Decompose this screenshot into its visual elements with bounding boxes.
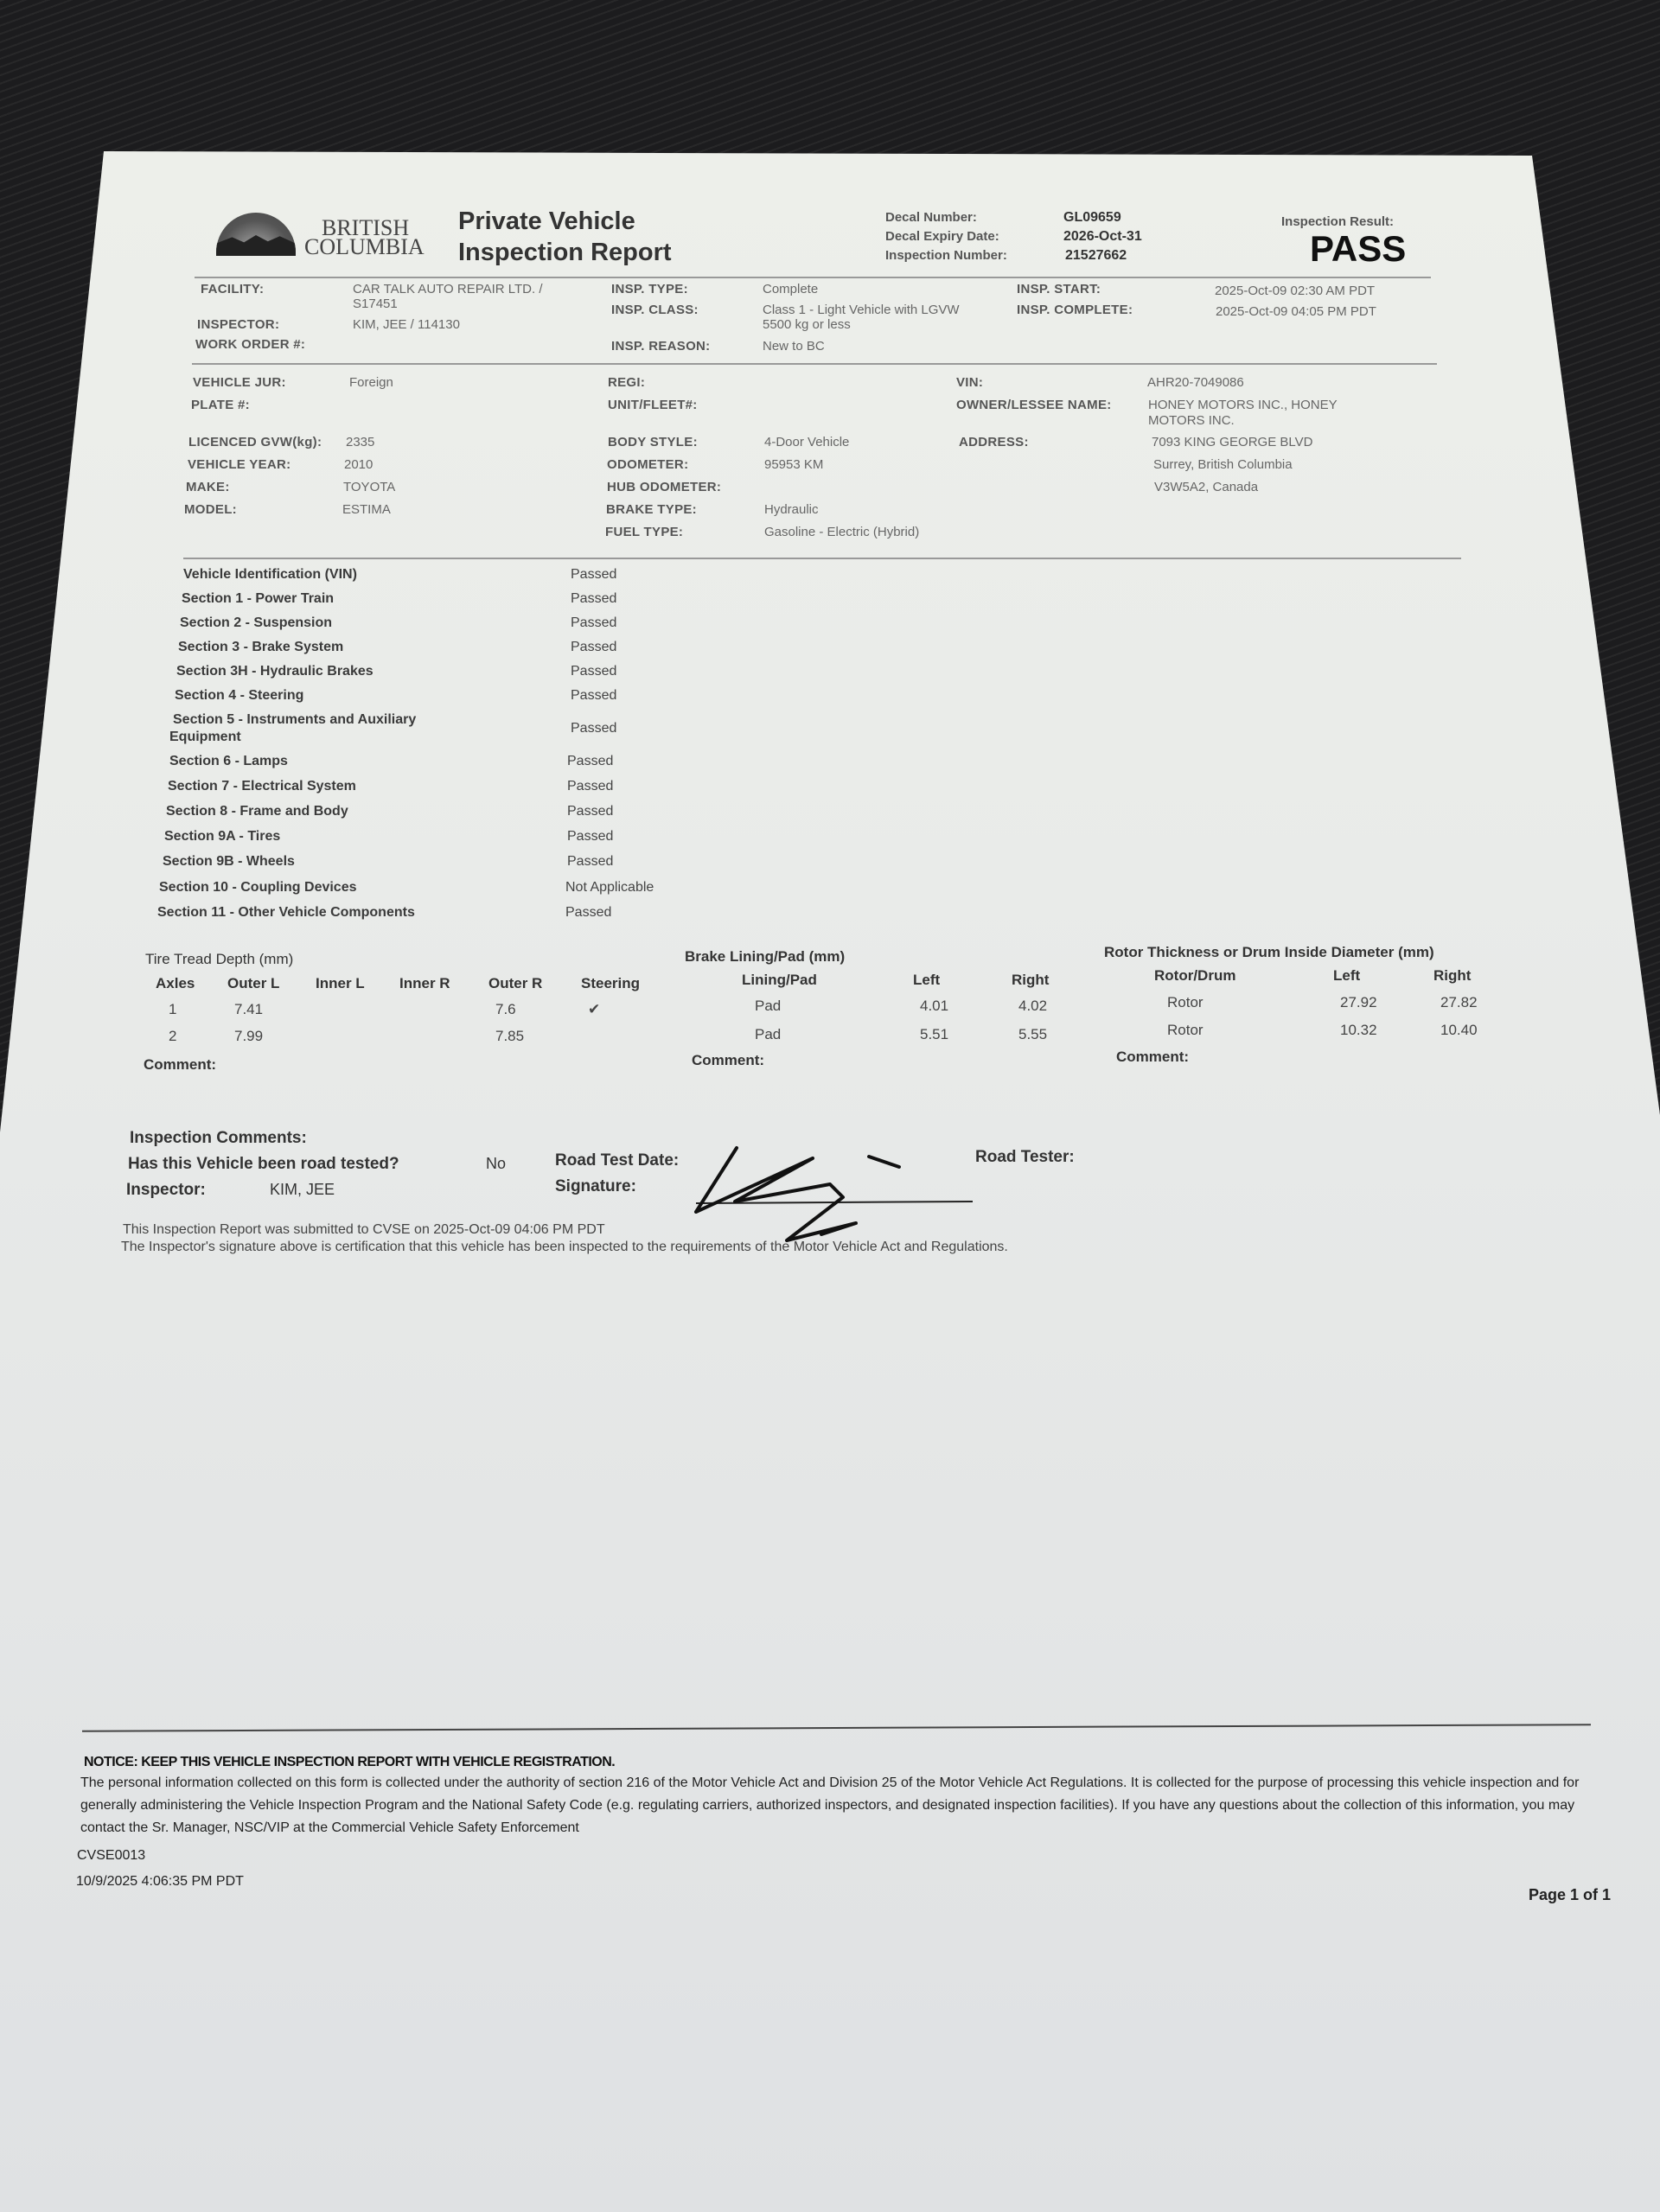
owner-value-2: MOTORS INC. xyxy=(1148,413,1235,428)
model-value: ESTIMA xyxy=(342,502,391,517)
insp-complete-label: INSP. COMPLETE: xyxy=(1017,303,1133,317)
section-name: Section 6 - Lamps xyxy=(169,754,288,769)
facility-value: CAR TALK AUTO REPAIR LTD. / xyxy=(353,282,543,296)
year-value: 2010 xyxy=(344,457,373,472)
submitted-note: This Inspection Report was submitted to … xyxy=(123,1222,605,1238)
inspection-number-label: Inspection Number: xyxy=(885,248,1007,263)
vin-value: AHR20-7049086 xyxy=(1147,375,1244,390)
tire-cell: 2 xyxy=(169,1028,176,1045)
gvw-value: 2335 xyxy=(346,435,374,449)
inspection-comments-label: Inspection Comments: xyxy=(130,1129,307,1148)
section-status: Passed xyxy=(571,721,616,736)
vehicle-jur-label: VEHICLE JUR: xyxy=(193,375,286,390)
column-header: Left xyxy=(913,972,940,989)
column-header: Inner R xyxy=(399,975,450,992)
insp-reason-label: INSP. REASON: xyxy=(611,339,710,354)
brake-pad-title: Brake Lining/Pad (mm) xyxy=(685,948,845,966)
pad-cell: 5.55 xyxy=(1018,1026,1047,1043)
section-name: Vehicle Identification (VIN) xyxy=(183,567,357,583)
column-header: Inner L xyxy=(316,975,365,992)
odometer-value: 95953 KM xyxy=(764,457,823,472)
report-title-line-2: Inspection Report xyxy=(458,237,672,268)
rotor-cell: 10.32 xyxy=(1340,1022,1377,1039)
divider xyxy=(183,558,1461,559)
inspector-value: KIM, JEE / 114130 xyxy=(353,317,460,332)
unit-fleet-label: UNIT/FLEET#: xyxy=(608,398,698,412)
column-header: Lining/Pad xyxy=(742,972,817,989)
section-status: Passed xyxy=(567,854,613,870)
section-name: Section 10 - Coupling Devices xyxy=(159,880,357,896)
decal-expiry-label: Decal Expiry Date: xyxy=(885,229,999,244)
model-label: MODEL: xyxy=(184,502,237,517)
facility-label: FACILITY: xyxy=(201,282,264,296)
insp-type-value: Complete xyxy=(763,282,818,296)
brake-comment-label: Comment: xyxy=(692,1052,764,1069)
pad-cell: Pad xyxy=(755,998,781,1015)
address-label: ADDRESS: xyxy=(959,435,1029,449)
hub-odometer-label: HUB ODOMETER: xyxy=(607,480,721,494)
address-line-1: 7093 KING GEORGE BLVD xyxy=(1152,435,1312,449)
decal-number-label: Decal Number: xyxy=(885,210,977,225)
gvw-label: LICENCED GVW(kg): xyxy=(188,435,322,449)
column-header: Outer R xyxy=(488,975,542,992)
logo-line-2: COLUMBIA xyxy=(304,237,425,258)
report-title-line-1: Private Vehicle xyxy=(458,206,635,237)
insp-class-label: INSP. CLASS: xyxy=(611,303,699,317)
section-status: Passed xyxy=(571,591,616,607)
section-status: Not Applicable xyxy=(565,880,654,896)
tire-cell: 7.99 xyxy=(234,1028,263,1045)
fuel-type-value: Gasoline - Electric (Hybrid) xyxy=(764,525,919,539)
road-tested-value: No xyxy=(486,1155,506,1173)
decal-expiry: 2026-Oct-31 xyxy=(1063,229,1142,245)
section-name: Section 9B - Wheels xyxy=(163,854,295,870)
notice-heading: NOTICE: KEEP THIS VEHICLE INSPECTION REP… xyxy=(84,1755,615,1770)
section-name: Section 1 - Power Train xyxy=(182,591,334,607)
brake-type-value: Hydraulic xyxy=(764,502,819,517)
column-header: Rotor/Drum xyxy=(1154,967,1235,985)
section-name: Section 3H - Hydraulic Brakes xyxy=(176,664,373,679)
divider xyxy=(195,277,1431,278)
section-name: Section 4 - Steering xyxy=(175,688,303,704)
section-name: Section 3 - Brake System xyxy=(178,640,343,655)
rotor-cell: Rotor xyxy=(1167,1022,1203,1039)
section-name: Section 8 - Frame and Body xyxy=(166,804,348,819)
tire-cell: ✔ xyxy=(588,1001,600,1018)
column-header: Left xyxy=(1333,967,1360,985)
column-header: Outer L xyxy=(227,975,279,992)
tire-cell: 7.41 xyxy=(234,1001,263,1018)
tire-cell: 7.6 xyxy=(495,1001,516,1018)
result-pass: PASS xyxy=(1310,228,1406,270)
make-value: TOYOTA xyxy=(343,480,395,494)
insp-start-value: 2025-Oct-09 02:30 AM PDT xyxy=(1215,284,1375,298)
odometer-label: ODOMETER: xyxy=(607,457,688,472)
section-name-cont: Equipment xyxy=(169,730,241,745)
insp-reason-value: New to BC xyxy=(763,339,825,354)
section-name: Section 7 - Electrical System xyxy=(168,779,356,794)
section-name: Section 5 - Instruments and Auxiliary xyxy=(173,712,416,728)
insp-type-label: INSP. TYPE: xyxy=(611,282,688,296)
column-header: Right xyxy=(1433,967,1471,985)
section-status: Passed xyxy=(567,779,613,794)
body-style-label: BODY STYLE: xyxy=(608,435,698,449)
owner-value: HONEY MOTORS INC., HONEY xyxy=(1148,398,1338,412)
result-label: Inspection Result: xyxy=(1281,214,1394,229)
inspector-signoff-value: KIM, JEE xyxy=(270,1181,335,1199)
insp-class-value: Class 1 - Light Vehicle with LGVW xyxy=(763,303,960,317)
rotor-cell: 10.40 xyxy=(1440,1022,1478,1039)
tire-cell: 1 xyxy=(169,1001,176,1018)
certification-note: The Inspector's signature above is certi… xyxy=(121,1240,1008,1255)
section-name: Section 2 - Suspension xyxy=(180,615,332,631)
tire-cell: 7.85 xyxy=(495,1028,524,1045)
inspector-label: INSPECTOR: xyxy=(197,317,279,332)
section-status: Passed xyxy=(571,640,616,655)
road-tested-label: Has this Vehicle been road tested? xyxy=(128,1155,399,1174)
body-style-value: 4-Door Vehicle xyxy=(764,435,849,449)
rotor-cell: 27.92 xyxy=(1340,994,1377,1011)
tire-comment-label: Comment: xyxy=(144,1056,216,1074)
print-timestamp: 10/9/2025 4:06:35 PM PDT xyxy=(76,1874,244,1890)
road-test-date-label: Road Test Date: xyxy=(555,1151,679,1170)
rotor-title: Rotor Thickness or Drum Inside Diameter … xyxy=(1104,944,1434,961)
inspection-number: 21527662 xyxy=(1065,248,1127,264)
pad-cell: 4.01 xyxy=(920,998,948,1015)
vehicle-jur-value: Foreign xyxy=(349,375,393,390)
section-status: Passed xyxy=(571,615,616,631)
insp-complete-value: 2025-Oct-09 04:05 PM PDT xyxy=(1216,304,1376,319)
rotor-comment-label: Comment: xyxy=(1116,1049,1189,1066)
column-header: Steering xyxy=(581,975,640,992)
section-status: Passed xyxy=(567,829,613,845)
vin-label: VIN: xyxy=(956,375,983,390)
column-header: Axles xyxy=(156,975,195,992)
year-label: VEHICLE YEAR: xyxy=(188,457,290,472)
section-status: Passed xyxy=(565,905,611,921)
work-order-label: WORK ORDER #: xyxy=(195,337,305,352)
address-line-2: Surrey, British Columbia xyxy=(1153,457,1293,472)
regi-label: REGI: xyxy=(608,375,645,390)
pad-cell: 5.51 xyxy=(920,1026,948,1043)
fuel-type-label: FUEL TYPE: xyxy=(605,525,683,539)
plate-label: PLATE #: xyxy=(191,398,250,412)
footer-divider xyxy=(82,1724,1591,1732)
make-label: MAKE: xyxy=(186,480,230,494)
owner-label: OWNER/LESSEE NAME: xyxy=(956,398,1112,412)
section-name: Section 9A - Tires xyxy=(164,829,280,845)
page-number: Page 1 of 1 xyxy=(1529,1886,1611,1904)
column-header: Right xyxy=(1012,972,1049,989)
road-tester-label: Road Tester: xyxy=(975,1148,1075,1167)
sun-mountain-icon xyxy=(216,213,296,256)
divider xyxy=(192,363,1437,365)
privacy-notice: The personal information collected on th… xyxy=(80,1772,1602,1839)
insp-start-label: INSP. START: xyxy=(1017,282,1101,296)
section-status: Passed xyxy=(571,567,616,583)
address-line-3: V3W5A2, Canada xyxy=(1154,480,1258,494)
insp-class-value-2: 5500 kg or less xyxy=(763,317,851,332)
section-status: Passed xyxy=(567,754,613,769)
section-status: Passed xyxy=(571,688,616,704)
inspector-signoff-label: Inspector: xyxy=(126,1181,206,1200)
rotor-cell: Rotor xyxy=(1167,994,1203,1011)
pad-cell: 4.02 xyxy=(1018,998,1047,1015)
facility-id: S17451 xyxy=(353,296,398,311)
signature-label: Signature: xyxy=(555,1177,636,1196)
pad-cell: Pad xyxy=(755,1026,781,1043)
rotor-cell: 27.82 xyxy=(1440,994,1478,1011)
form-code: CVSE0013 xyxy=(77,1848,145,1864)
inspector-signature xyxy=(683,1141,986,1253)
brake-type-label: BRAKE TYPE: xyxy=(606,502,697,517)
section-status: Passed xyxy=(567,804,613,819)
section-status: Passed xyxy=(571,664,616,679)
section-name: Section 11 - Other Vehicle Components xyxy=(157,905,415,921)
inspection-report-page: BRITISH COLUMBIA Private Vehicle Inspect… xyxy=(0,0,1660,2212)
decal-number: GL09659 xyxy=(1063,210,1121,226)
tire-tread-title: Tire Tread Depth (mm) xyxy=(145,951,293,968)
